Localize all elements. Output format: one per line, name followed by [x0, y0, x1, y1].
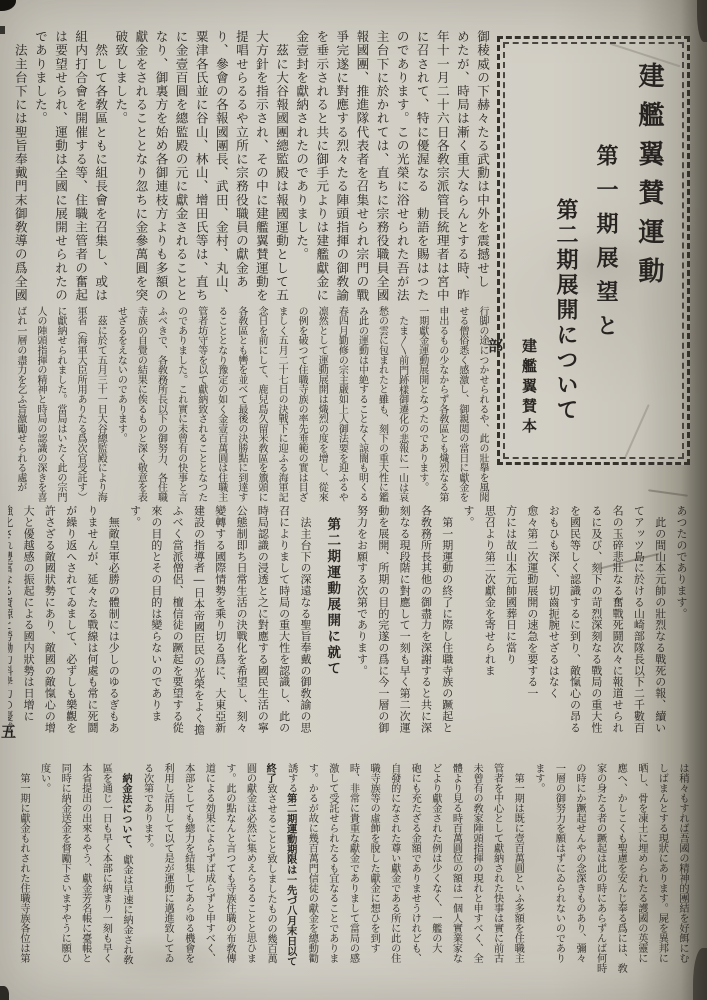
article-column: でありました。 — [30, 30, 50, 304]
article-column: を國民等しく認識するに到り、敵愾心の昂る — [564, 505, 585, 759]
article-column: どより獻金された例は少くなく、一艦の大 — [424, 763, 445, 997]
article-column: 金壹封を獻納されたのでありました。 — [291, 30, 311, 304]
article-column: 終了致させることと致しましたものの幾百萬 — [260, 763, 281, 997]
article-column: 管者を中心として獻納された快事は實に前古 — [486, 763, 507, 997]
article-column: す。此の點なんと言つても寺族住職の布敎傳 — [218, 763, 239, 997]
article-column: 納金法について、獻金は早速に納金され敎 — [115, 763, 136, 997]
article-column: る次第であります。 — [136, 763, 157, 997]
article-column: は要望せられ、運動は全國に展開せられたの — [50, 30, 70, 304]
article-column: 時局認識の浸透と之に對應する國民生活の寧 — [252, 505, 273, 759]
article-column: ましく五月二十七日の決戰下に迎ふる海軍記 — [271, 306, 291, 506]
article-column: に金壹百圓を總監殿の元に獻金されることと — [171, 30, 191, 304]
article-column: 大方針を指示され、その中に建艦翼賛運動を — [251, 30, 271, 304]
article-column: 春四月勤修の宗主嚴如上人御法要を迎ふるや — [331, 306, 351, 506]
article-column: 區を通じ一日も早く本部に納まり一刻も早く — [95, 763, 116, 997]
article-column: 年十一月二十六日各敎宗派管長統理者は宮中 — [432, 30, 452, 304]
article-column: は稍々もすれば吾國の精神的團結を好餌にむ — [671, 763, 692, 997]
article-column: 第一期に獻金もれされた住職寺族各位は第 — [12, 763, 33, 997]
article-column: 主台下に於かれては、直ちに宗務役職員全國 — [371, 30, 391, 304]
article-column: 變轉する國際情勢を乘り切る爲に、大東亞新 — [209, 505, 230, 759]
article-column: 此の間山本元帥の壯烈なる戰死の報、續い — [649, 505, 670, 759]
page-number: 五 — [1, 721, 16, 742]
scan-mark — [0, 0, 16, 11]
article-column: 管者坊守等を以て獻納致されることとなつた — [191, 306, 211, 506]
article-column: 公態制即ち日常生活の決戰化を希望し、刻々 — [231, 505, 252, 759]
article-column: 一期獻金運動展開となつたのであります。 — [412, 306, 432, 506]
article-column: 利用し活用して以て是が運動に邁進致してゐ — [157, 763, 178, 997]
article-column: のであります。この光榮に浴せられた吾が法 — [392, 30, 412, 304]
article-column: に獻納せられました。當局はいたく此の宗門 — [50, 306, 70, 506]
article-column: り、參會の各報國團長、武田、金村、丸山、 — [211, 30, 231, 304]
article-column: 各敎區とも轡を並べて最後の決勝點に到達す — [231, 306, 251, 506]
article-column: 刻なる現段階に對應して一刻も早く第二次運 — [394, 505, 415, 759]
article-column: ふべく當派僧侶、檀信徒の蹶起を要望する從 — [167, 505, 188, 759]
article-column: 大と優越感の振起による國内狀勢は日增に — [18, 505, 39, 759]
article-column: 無敵皇軍必勝の體制には少しのゆるぎもあ — [103, 505, 124, 759]
article-band-bottom: は稍々もすれば吾國の精神的團結を好餌にむしばまんとする現狀にあります。屍を異邦に… — [8, 763, 692, 997]
article-column: 法主台下には聖旨奉戴門末御敎導の爲全國 — [10, 30, 30, 304]
article-column: 建設の指導者―日本帝國臣民の光榮をよく擔 — [188, 505, 209, 759]
article-column: の例を破つて住職寺族の率先垂範の實は目ざ — [291, 306, 311, 506]
article-title-line-1: 建艦翼賛運動 — [626, 50, 672, 451]
article-column: 爭完遂に對應する烈々たる陣頭指揮の御敎諭 — [331, 30, 351, 304]
article-column: 動を展開、所期の目的完遂の爲に今一層の御 — [373, 505, 394, 759]
article-column: 晒し、骨を凍土に埋められたる護國の英靈に — [630, 763, 651, 997]
article-band-third: あつたのであります。 此の間山本元帥の壯烈なる戰死の報、續いてアッツ島に於ける山… — [8, 505, 692, 759]
article-column: 體より見る時百萬圓位の額は一個人實業家な — [445, 763, 466, 997]
article-column: 行脚の途につかせられるや、此の壯擧を風聞 — [472, 306, 492, 506]
article-column: るに及び、刻下の苛烈深刻なる戰局の重大性 — [586, 505, 607, 759]
article-column: 誘する第二期運動期限は一先づ八月末日以て — [280, 763, 301, 997]
article-column: のでありました。これ實に未曾有の快事と言 — [171, 306, 191, 506]
article-column: 御稜威の下赫々たる武勳は中外を震撼せし — [472, 30, 492, 304]
article-column: 圓の獻金は必然に集めえらるることと思ひま — [239, 763, 260, 997]
article-column: ることとなり豫定の如く金壹百萬圓は住職主 — [211, 306, 231, 506]
article-column: 度い。 — [33, 763, 54, 997]
article-column: めたが、時局は漸く重大ならんとする時、昨 — [452, 30, 472, 304]
article-title-line-2: 第一期展望と — [586, 50, 626, 451]
article-column: 本部としても總力を結集してあらゆる機會を — [177, 763, 198, 997]
article-column: 人の陣頭指揮の精神と時局の認識の深きを喜 — [30, 306, 50, 506]
article-column: 凛然として運動展開は熾烈の度を增し、從來 — [311, 306, 331, 506]
article-column: なり、御裏方を始め各御連枝方よりも多額の — [150, 30, 170, 304]
article-column: 未曾有の敎家陣頭指揮の現れと申すべく、全 — [465, 763, 486, 997]
article-column: あつたのであります。 — [671, 505, 692, 759]
article-column: 申出るもの少なからず各敎區とも熾烈なる第 — [432, 306, 452, 506]
article-column: 提唱せらるるや立所に宗務役職員の獻金あ — [231, 30, 251, 304]
article-column: を垂示されると共に御手元よりは建艦獻金に — [311, 30, 331, 304]
article-column: 本省提出の出來るやう、獻金芳名帳に臺帳と — [74, 763, 95, 997]
article-column: 愈々第二次運動展開の速急を要する一 — [522, 505, 543, 759]
article-band-top: 御稜威の下赫々たる武勳は中外を震撼せしめたが、時局は漸く重大ならんとする時、昨年… — [8, 30, 492, 304]
article-column: 粟津各氏並に谷山、林山、增田氏等は、直ち — [191, 30, 211, 304]
article-column: す。かるが故に幾百萬門信徒の獻金を總動勸 — [301, 763, 322, 997]
article-title-line-3: 第二期展開について — [546, 50, 586, 451]
article-column: ます。 — [527, 763, 548, 997]
article-column: 第二期運動展開に就て — [321, 505, 342, 759]
article-column: 報國團、推進隊代表者を召集せられ宗門の戰 — [351, 30, 371, 304]
article-column: 來の目的とその目的は變らないのでありま — [146, 505, 167, 759]
article-column: 組内打合會を開催する等、住職主管者の奮起 — [70, 30, 90, 304]
article-column: 召によりまして時局の重大性を認識し、此の — [273, 505, 294, 759]
article-column: 各敎務所長其他の御盡力を深謝すると共に深 — [415, 505, 436, 759]
scan-mark — [0, 26, 5, 34]
article-column: 法主台下の深遠なる聖旨奉戴の御敎諭の思 — [295, 505, 316, 759]
article-column: 然して各敎區ともに組長會を召集し、或は — [90, 30, 110, 304]
article-column: す。 — [458, 505, 479, 759]
article-column: せる僧俗悉く感激し、御親閲の當日に獻金を — [452, 306, 472, 506]
scanned-document-page: 建艦翼賛運動 第一期展望と 第二期展開について 建艦翼賛本部 御稜威の下赫々たる… — [0, 0, 707, 1000]
article-column: が繰り返へされてゐまして、必ずしも樂觀を — [60, 505, 81, 759]
article-band-second: 行脚の途につかせられるや、此の壯擧を風聞せる僧俗悉く感激し、御親閲の當日に獻金を… — [8, 306, 492, 506]
article-column: 第一期は既に壹百萬圓といふ多額を住職主 — [507, 763, 528, 997]
article-column: 破致しました。 — [110, 30, 130, 304]
article-column: 思召より第二次獻金を寄せられま — [479, 505, 500, 759]
article-column: 獻金をされることとなり忽ちに金參萬圓を突 — [130, 30, 150, 304]
article-column: たま〳〵前門跡樣御遷化の悲報に一山は哀 — [392, 306, 412, 506]
article-column: 道による効果によらずば成らずと申すべく、 — [198, 763, 219, 997]
article-column: 方には故山本元帥國葬日に當り — [500, 505, 521, 759]
article-column: 愁の雲に包まれたと雖も、刻下の重大性に鑑 — [371, 306, 391, 506]
article-column: 名の玉碎悲壯なる奮戰死鬪次々に報道せられ — [607, 505, 628, 759]
article-column: 激して受託せられたるも宜なることでありま — [321, 763, 342, 997]
article-column: 自發的になされた尊い獻金である所に此の住 — [383, 763, 404, 997]
article-column: 第一期運動の終了に際し住職寺族の蹶起と — [436, 505, 457, 759]
article-column: 職寺族等の虛飾を脫した獻金に想ひを到す — [363, 763, 384, 997]
article-column: りませんが、延々たる戰線は何處も常に死鬪 — [82, 505, 103, 759]
article-column: 茲に大谷報國團總監殿は報國運動として五 — [271, 30, 291, 304]
article-column: 茲に於て五月三十一日大谷總監殿により海 — [90, 306, 110, 506]
article-column: ばれ一層の盡力を乞ふ旨激勵せられる處が — [10, 306, 30, 506]
article-column: しばまんとする現狀にあります。屍を異邦に — [651, 763, 672, 997]
article-title-box-inner: 建艦翼賛運動 第一期展望と 第二期展開について 建艦翼賛本部 — [503, 42, 684, 459]
article-column: おもひも深く、切齒扼腕せざるはなく — [543, 505, 564, 759]
article-column: 努力をお願する次第であります。 — [351, 505, 372, 759]
article-column: 一層の御努力を願はずにゐられないのであり — [548, 763, 569, 997]
article-column: す。 — [124, 505, 145, 759]
article-column: 寺族の自覺の結果に俟るものと深く敬意を表 — [130, 306, 150, 506]
article-column: み此の運動は中絶することなく諒闇も明くる — [351, 306, 371, 506]
article-column: てアッツ島に於ける山崎部隊長以下二千數百 — [628, 505, 649, 759]
article-column: 同時に納金送金を督勵下さいますやうに願ひ — [54, 763, 75, 997]
article-column: 應へ、かしこくも聖慮を安んじ奉る爲には、敎 — [610, 763, 631, 997]
article-column: 軍省（海軍大臣所用ありたる爲次官受託す） — [70, 306, 90, 506]
article-column: に召されて、特に優渥なる 勅語を賜はつた — [412, 30, 432, 304]
article-column: 家の身たる者の蹶起は此の時にあらずんば何時 — [589, 763, 610, 997]
article-column: 時、非常に貴重な獻金でありまして當局の感 — [342, 763, 363, 997]
article-column: 念日を前にして、鹿兒島久留米敎區を籏頭に — [251, 306, 271, 506]
article-column: ふべきで、各敎務所長以下の御努力、各住職 — [150, 306, 170, 506]
article-column: の時にか蹶起せんやの念深きものあり、彌々 — [568, 763, 589, 997]
article-column: せざるをえないのであります。 — [110, 306, 130, 506]
article-title-box: 建艦翼賛運動 第一期展望と 第二期展開について 建艦翼賛本部 — [497, 36, 690, 465]
article-column: 砲にも充たざる金額でありませうけれども、 — [404, 763, 425, 997]
article-column: 許さざる敵國狀勢にあり、敵國の敵愾心の增 — [39, 505, 60, 759]
